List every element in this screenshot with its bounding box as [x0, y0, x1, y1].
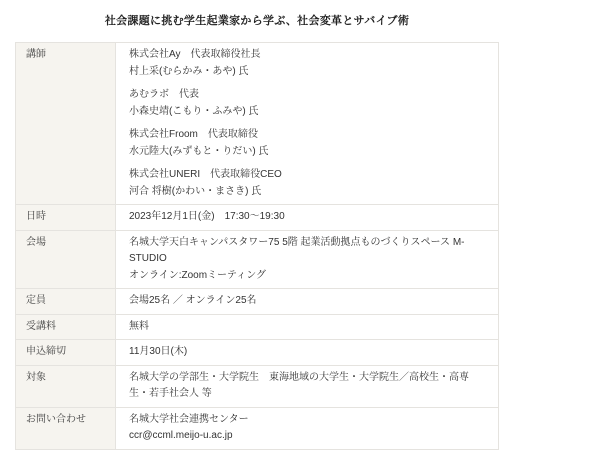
datetime-row-label: 日時	[16, 205, 116, 230]
lecturer-name: 村上采(むらかみ・あや) 氏	[129, 64, 488, 81]
lecturer-entry: 株式会社Froom 代表取締役 水元陸大(みずもと・りだい) 氏	[129, 127, 488, 160]
table-row-lecturer: 講師 株式会社Ay 代表取締役社長 村上采(むらかみ・あや) 氏 あむラボ 代表…	[16, 43, 498, 205]
lecturer-position: 株式会社UNERI 代表取締役CEO	[129, 167, 488, 184]
lecturer-position: 株式会社Froom 代表取締役	[129, 127, 488, 144]
lecturer-position: 株式会社Ay 代表取締役社長	[129, 47, 488, 64]
contact-row-label: お問い合わせ	[16, 408, 116, 449]
fee-row-value: 無料	[116, 315, 498, 340]
lecturer-position: あむラボ 代表	[129, 87, 488, 104]
event-info-table: 講師 株式会社Ay 代表取締役社長 村上采(むらかみ・あや) 氏 あむラボ 代表…	[15, 42, 499, 450]
audience-row-label: 対象	[16, 366, 116, 407]
table-row-audience: 対象 名城大学の学部生・大学院生 東海地域の大学生・大学院生／高校生・高専生・若…	[16, 366, 498, 408]
venue-row-value: 名城大学天白キャンパスタワー75 5階 起業活動拠点ものづくりスペース M-ST…	[116, 231, 498, 289]
lecturer-entry: 株式会社UNERI 代表取締役CEO 河合 将樹(かわい・まさき) 氏	[129, 167, 488, 200]
fee-row-label: 受講料	[16, 315, 116, 340]
lecturer-name: 河合 将樹(かわい・まさき) 氏	[129, 184, 488, 201]
lecturer-row-label: 講師	[16, 43, 116, 204]
datetime-row-value: 2023年12月1日(金) 17:30～19:30	[116, 205, 498, 230]
venue-row-label: 会場	[16, 231, 116, 289]
table-row-deadline: 申込締切 11月30日(木)	[16, 340, 498, 366]
page-title: 社会課題に挑む学生起業家から学ぶ、社会変革とサバイブ術	[15, 12, 499, 28]
deadline-row-value: 11月30日(木)	[116, 340, 498, 365]
capacity-row-label: 定員	[16, 289, 116, 314]
lecturer-name: 小森史靖(こもり・ふみや) 氏	[129, 104, 488, 121]
contact-organization: 名城大学社会連携センター	[129, 412, 488, 429]
venue-online: オンライン:Zoomミーティング	[129, 268, 488, 285]
table-row-datetime: 日時 2023年12月1日(金) 17:30～19:30	[16, 205, 498, 231]
table-row-venue: 会場 名城大学天白キャンパスタワー75 5階 起業活動拠点ものづくりスペース M…	[16, 231, 498, 290]
event-page: 社会課題に挑む学生起業家から学ぶ、社会変革とサバイブ術 講師 株式会社Ay 代表…	[0, 0, 600, 450]
lecturer-entry: あむラボ 代表 小森史靖(こもり・ふみや) 氏	[129, 87, 488, 120]
venue-location: 名城大学天白キャンパスタワー75 5階 起業活動拠点ものづくりスペース M-ST…	[129, 235, 488, 268]
lecturer-entry: 株式会社Ay 代表取締役社長 村上采(むらかみ・あや) 氏	[129, 47, 488, 80]
lecturer-row-value: 株式会社Ay 代表取締役社長 村上采(むらかみ・あや) 氏 あむラボ 代表 小森…	[116, 43, 498, 204]
audience-row-value: 名城大学の学部生・大学院生 東海地域の大学生・大学院生／高校生・高専生・若手社会…	[116, 366, 498, 407]
contact-email: ccr@ccml.meijo-u.ac.jp	[129, 428, 488, 445]
contact-row-value: 名城大学社会連携センター ccr@ccml.meijo-u.ac.jp	[116, 408, 498, 449]
table-row-capacity: 定員 会場25名 ／ オンライン25名	[16, 289, 498, 315]
lecturer-name: 水元陸大(みずもと・りだい) 氏	[129, 144, 488, 161]
deadline-row-label: 申込締切	[16, 340, 116, 365]
table-row-contact: お問い合わせ 名城大学社会連携センター ccr@ccml.meijo-u.ac.…	[16, 408, 498, 450]
capacity-row-value: 会場25名 ／ オンライン25名	[116, 289, 498, 314]
table-row-fee: 受講料 無料	[16, 315, 498, 341]
